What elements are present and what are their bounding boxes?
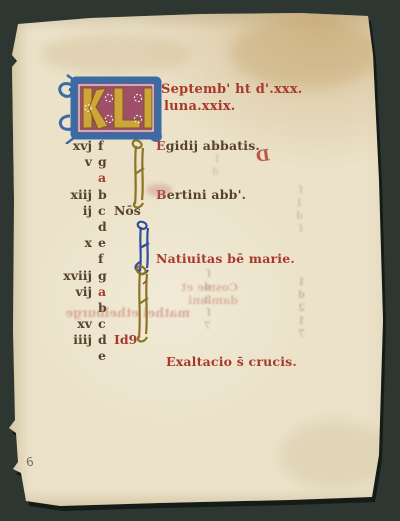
dominical-letter: d: [98, 332, 114, 348]
roman-date: Nōs: [114, 203, 156, 219]
feast-label: Natiuitas bē marie.: [156, 251, 348, 267]
feast-label: [156, 284, 348, 300]
roman-date: [114, 300, 156, 316]
golden-number: [58, 170, 92, 186]
golden-number: [58, 300, 92, 316]
dominical-letter: f: [98, 138, 114, 154]
calendar-row: fNatiuitas bē marie.: [58, 251, 348, 267]
folio-number: 6: [25, 455, 35, 470]
month-header-line2: luna.xxix.: [164, 99, 236, 114]
calendar-row: vg: [58, 154, 348, 170]
roman-date: [114, 154, 156, 170]
dominical-letter: c: [98, 316, 114, 332]
calendar-row: iiijdId9: [58, 332, 348, 348]
feast-label: Egidij abbatis.: [156, 138, 348, 154]
feast-label: [156, 316, 348, 332]
feast-label: [156, 154, 348, 170]
golden-number: xviij: [58, 268, 92, 284]
feast-label: Bertini abb'.: [156, 187, 348, 203]
faded-pigment-smudge: [146, 184, 172, 196]
feast-label: [156, 219, 348, 235]
calendar-row: xiijbBertini abb'.: [58, 187, 348, 203]
dominical-letter: e: [98, 235, 114, 251]
calendar-row: ijcNōs: [58, 203, 348, 219]
golden-number: ij: [58, 203, 92, 219]
dominical-letter: e: [98, 348, 114, 364]
calendar-row: b: [58, 300, 348, 316]
calendar-row: eExaltacio s̄ crucis.: [58, 348, 348, 364]
calendar-row: xvjfEgidij abbatis.: [58, 138, 348, 154]
dominical-letter: a: [98, 284, 114, 300]
roman-date: [114, 235, 156, 251]
calendar-row: xviijg: [58, 268, 348, 284]
feast-label: [156, 170, 348, 186]
calendar-row: d: [58, 219, 348, 235]
golden-number: xiij: [58, 187, 92, 203]
feast-label: [156, 332, 348, 348]
dominical-letter: f: [98, 251, 114, 267]
photo-stage: Septemb' ht d'.xxx. luna.xxix.: [0, 0, 400, 521]
dominical-letter: a: [98, 170, 114, 186]
stain-bottom-right: [280, 420, 390, 490]
roman-date: [114, 348, 156, 364]
golden-number: xvj: [58, 138, 92, 154]
dominical-letter: g: [98, 268, 114, 284]
month-header-line1: Septemb' ht d'.xxx.: [161, 82, 303, 97]
dominical-letter: c: [98, 203, 114, 219]
golden-number: x: [58, 235, 92, 251]
dominical-letter: b: [98, 300, 114, 316]
stain-top-left: [40, 34, 190, 74]
roman-date: [114, 268, 156, 284]
calendar-row: xvc: [58, 316, 348, 332]
calendar-row: xe: [58, 235, 348, 251]
stain-top-right: [230, 18, 380, 88]
golden-number: xv: [58, 316, 92, 332]
parchment-leaf: Septemb' ht d'.xxx. luna.xxix.: [0, 0, 400, 521]
feast-label: Exaltacio s̄ crucis.: [166, 354, 358, 370]
golden-number: vij: [58, 284, 92, 300]
feast-label: [156, 235, 348, 251]
kl-initial-icon: [52, 74, 164, 144]
dominical-letter: d: [98, 219, 114, 235]
roman-date: [114, 138, 156, 154]
roman-date: Id9: [114, 332, 156, 348]
calendar-row: vija: [58, 284, 348, 300]
roman-date: [114, 284, 156, 300]
feast-label: [156, 203, 348, 219]
roman-date: [114, 219, 156, 235]
calendar-grid: xvjfEgidij abbatis.vgaxiijbBertini abb'.…: [58, 138, 348, 365]
golden-number: v: [58, 154, 92, 170]
roman-date: [114, 316, 156, 332]
calendar-row: a: [58, 170, 348, 186]
feast-label: [156, 300, 348, 316]
golden-number: [58, 348, 92, 364]
golden-number: [58, 219, 92, 235]
dominical-letter: g: [98, 154, 114, 170]
feast-label: [156, 268, 348, 284]
roman-date: [114, 251, 156, 267]
dominical-letter: b: [98, 187, 114, 203]
golden-number: iiij: [58, 332, 92, 348]
roman-date: [114, 170, 156, 186]
golden-number: [58, 251, 92, 267]
